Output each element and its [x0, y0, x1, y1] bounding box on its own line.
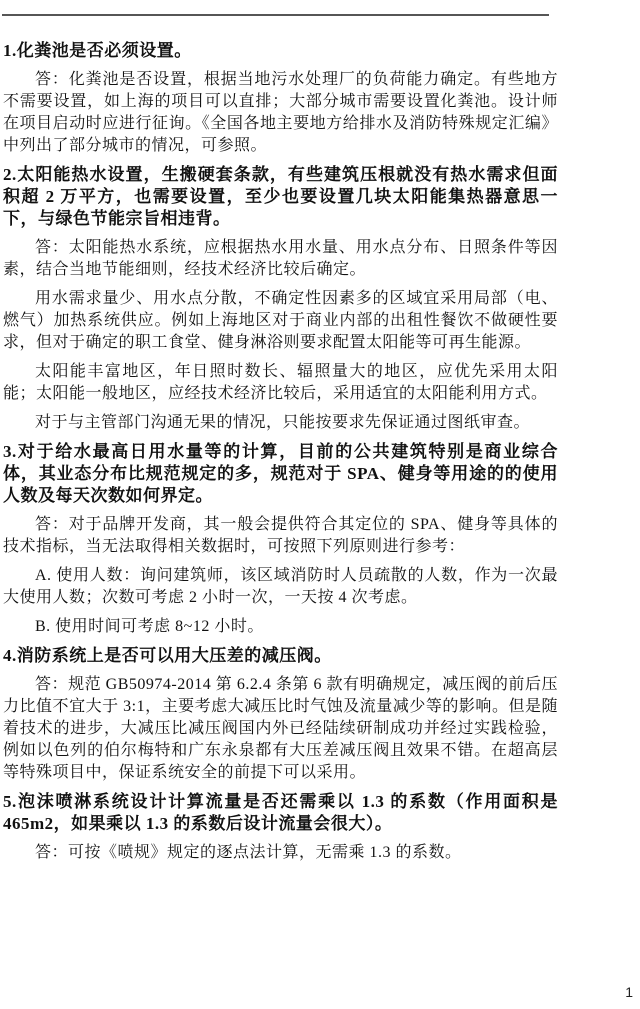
page-number: 1	[625, 984, 633, 1000]
header-rule	[2, 14, 549, 16]
answer-paragraph: 答：对于品牌开发商，其一般会提供符合其定位的 SPA、健身等具体的技术指标，当无…	[3, 514, 558, 558]
document-body: 1.化粪池是否必须设置。答：化粪池是否设置，根据当地污水处理厂的负荷能力确定。有…	[3, 40, 558, 871]
answer-paragraph: B. 使用时间可考虑 8~12 小时。	[3, 616, 558, 638]
answer-paragraph: 太阳能丰富地区，年日照时数长、辐照量大的地区，应优先采用太阳能；太阳能一般地区，…	[3, 361, 558, 405]
answer-paragraph: 对于与主管部门沟通无果的情况，只能按要求先保证通过图纸审查。	[3, 412, 558, 434]
answer-paragraph: 答：可按《喷规》规定的逐点法计算，无需乘 1.3 的系数。	[3, 842, 558, 864]
answer-paragraph: A. 使用人数：询问建筑师，该区域消防时人员疏散的人数，作为一次最大使用人数；次…	[3, 565, 558, 609]
document-page: 1.化粪池是否必须设置。答：化粪池是否设置，根据当地污水处理厂的负荷能力确定。有…	[0, 0, 640, 1009]
question-heading-4: 4.消防系统上是否可以用大压差的减压阀。	[3, 645, 558, 667]
question-heading-5: 5.泡沫喷淋系统设计计算流量是否还需乘以 1.3 的系数（作用面积是 465m2…	[3, 791, 558, 835]
answer-paragraph: 用水需求量少、用水点分散，不确定性因素多的区域宜采用局部（电、燃气）加热系统供应…	[3, 288, 558, 354]
answer-paragraph: 答：化粪池是否设置，根据当地污水处理厂的负荷能力确定。有些地方不需要设置，如上海…	[3, 69, 558, 157]
question-heading-3: 3.对于给水最高日用水量等的计算，目前的公共建筑特别是商业综合体，其业态分布比规…	[3, 441, 558, 507]
question-heading-2: 2.太阳能热水设置，生搬硬套条款，有些建筑压根就没有热水需求但面积超 2 万平方…	[3, 164, 558, 230]
question-heading-1: 1.化粪池是否必须设置。	[3, 40, 558, 62]
answer-paragraph: 答：太阳能热水系统，应根据热水用水量、用水点分布、日照条件等因素，结合当地节能细…	[3, 237, 558, 281]
answer-paragraph: 答：规范 GB50974-2014 第 6.2.4 条第 6 款有明确规定，减压…	[3, 674, 558, 784]
